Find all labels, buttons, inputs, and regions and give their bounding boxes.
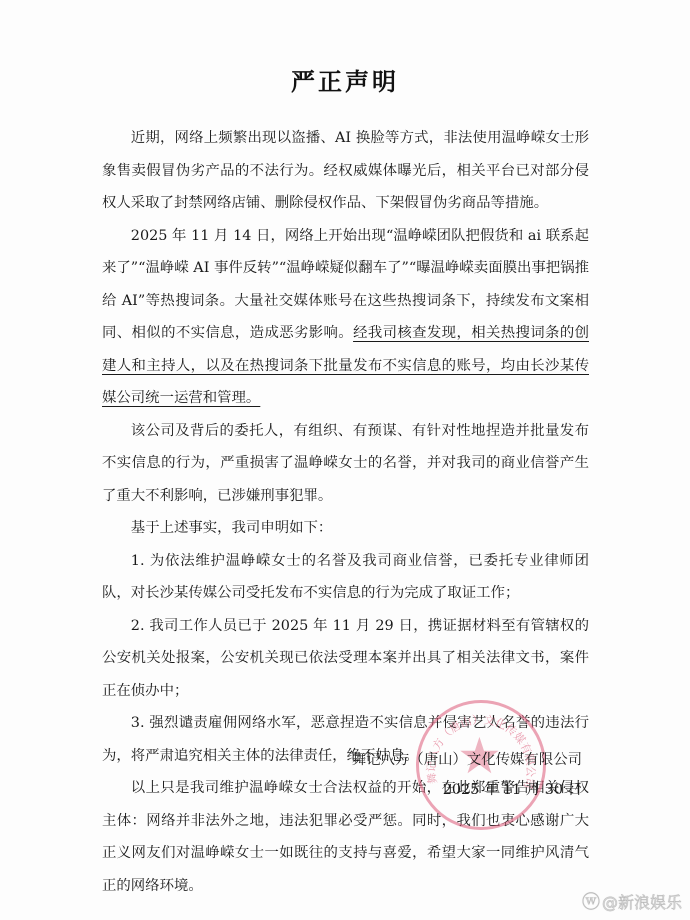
signature-company: 舞记八方（唐山）文化传媒有限公司 bbox=[352, 748, 582, 769]
declaration-item-2: 2. 我司工作人员已于 2025 年 11 月 29 日，携证据材料至有管辖权的… bbox=[102, 610, 589, 708]
watermark-text: @新浪娱乐 bbox=[602, 893, 682, 912]
document-title: 严正声明 bbox=[0, 62, 690, 97]
watermark: ⓦ@新浪娱乐 bbox=[582, 888, 682, 914]
weibo-logo-icon: ⓦ bbox=[582, 892, 600, 913]
paragraph-company-conduct: 该公司及背后的委托人，有组织、有预谋、有针对性地捏造并批量发布不实信息的行为，严… bbox=[102, 415, 589, 513]
signature-date: 2025 年 11 月 30 日 bbox=[443, 778, 582, 799]
document-page: 严正声明 近期，网络上频繁出现以盗播、AI 换脸等方式，非法使用温峥嵘女士形象售… bbox=[0, 0, 690, 920]
paragraph-declaration-intro: 基于上述事实，我司申明如下： bbox=[102, 512, 589, 545]
paragraph-hot-search-text: 2025 年 11 月 14 日，网络上开始出现“温峥嵘团队把假货和 ai 联系… bbox=[102, 228, 589, 342]
paragraph-intro: 近期，网络上频繁出现以盗播、AI 换脸等方式，非法使用温峥嵘女士形象售卖假冒伪劣… bbox=[102, 122, 589, 220]
declaration-item-1: 1. 为依法维护温峥嵘女士的名誉及我司商业信誉，已委托专业律师团队，对长沙某传媒… bbox=[102, 545, 589, 610]
paragraph-hot-search: 2025 年 11 月 14 日，网络上开始出现“温峥嵘团队把假货和 ai 联系… bbox=[102, 220, 589, 415]
